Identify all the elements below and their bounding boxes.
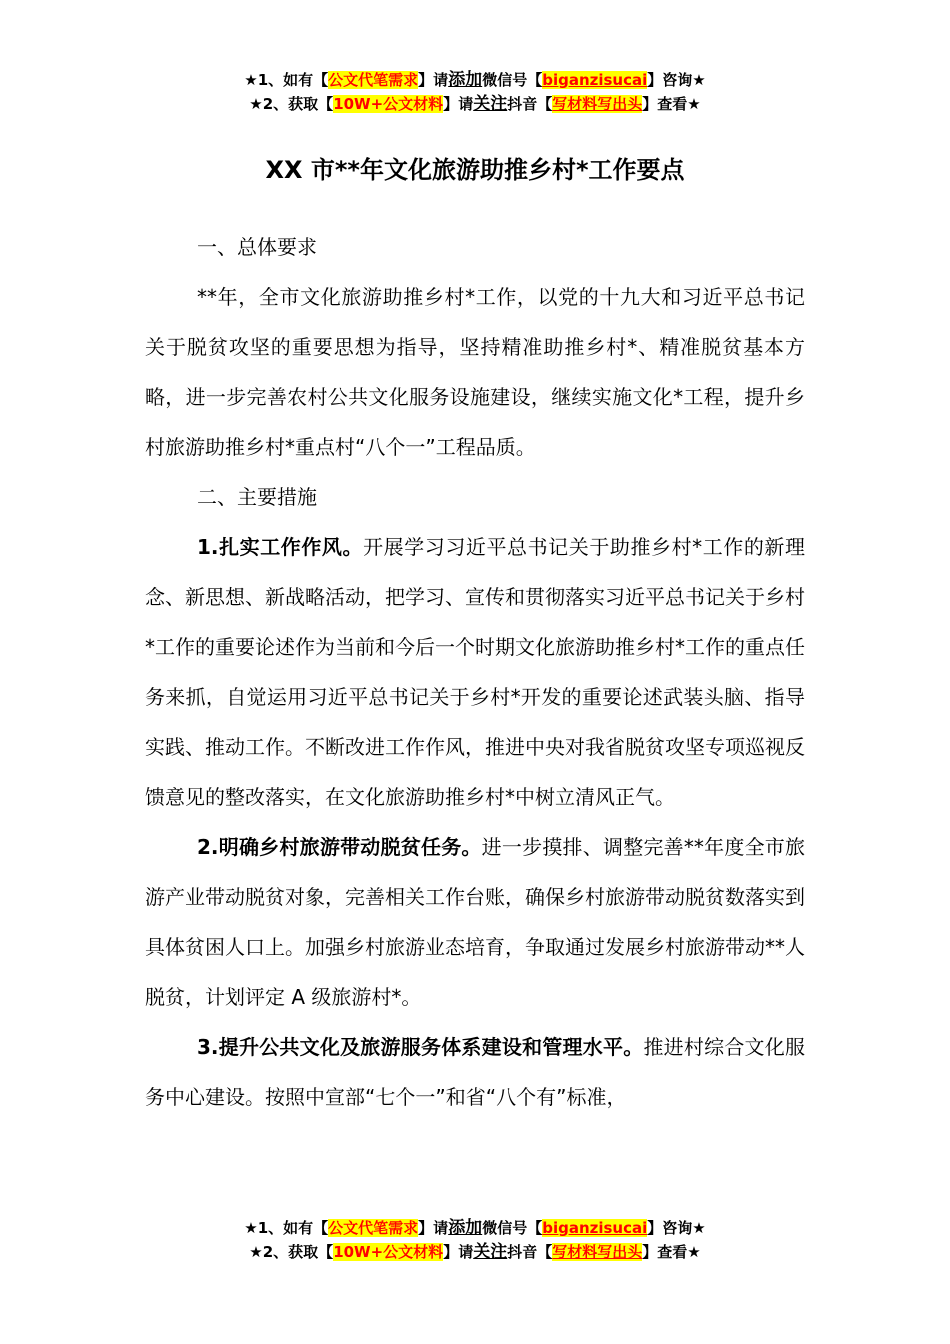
promo-highlight: 公文代笔需求: [328, 1219, 418, 1237]
promo-banner-top: ★1、如有【公文代笔需求】请添加微信号【biganzisucai】咨询★ ★2、…: [0, 68, 950, 116]
paragraph-lead: 1.扎实工作作风。: [197, 535, 363, 559]
promo-line-1: ★1、如有【公文代笔需求】请添加微信号【biganzisucai】咨询★: [0, 68, 950, 92]
section-heading: 二、主要措施: [145, 472, 805, 522]
promo-line-2: ★2、获取【10W+公文材料】请关注抖音【写材料写出头】查看★: [0, 1240, 950, 1264]
promo-line-2: ★2、获取【10W+公文材料】请关注抖音【写材料写出头】查看★: [0, 92, 950, 116]
document-body: 一、总体要求 **年，全市文化旅游助推乡村*工作，以党的十九大和习近平总书记关于…: [145, 222, 805, 1122]
section-heading: 一、总体要求: [145, 222, 805, 272]
promo-line-1: ★1、如有【公文代笔需求】请添加微信号【biganzisucai】咨询★: [0, 1216, 950, 1240]
wechat-id: biganzisucai: [542, 1219, 647, 1237]
promo-highlight: 公文代笔需求: [328, 71, 418, 89]
paragraph: **年，全市文化旅游助推乡村*工作，以党的十九大和习近平总书记关于脱贫攻坚的重要…: [145, 272, 805, 472]
paragraph: 3.提升公共文化及旅游服务体系建设和管理水平。推进村综合文化服务中心建设。按照中…: [145, 1022, 805, 1122]
document-title: XX 市**年文化旅游助推乡村*工作要点: [0, 152, 950, 188]
paragraph: 1.扎实工作作风。开展学习习近平总书记关于助推乡村*工作的新理念、新思想、新战略…: [145, 522, 805, 822]
wechat-id: biganzisucai: [542, 71, 647, 89]
paragraph-lead: 3.提升公共文化及旅游服务体系建设和管理水平。: [197, 1035, 643, 1059]
promo-highlight: 10W+公文材料: [333, 95, 443, 113]
promo-banner-bottom: ★1、如有【公文代笔需求】请添加微信号【biganzisucai】咨询★ ★2、…: [0, 1216, 950, 1264]
promo-highlight: 10W+公文材料: [333, 1243, 443, 1261]
douyin-id: 写材料写出头: [552, 95, 642, 113]
paragraph: 2.明确乡村旅游带动脱贫任务。进一步摸排、调整完善**年度全市旅游产业带动脱贫对…: [145, 822, 805, 1022]
paragraph-lead: 2.明确乡村旅游带动脱贫任务。: [197, 835, 482, 859]
douyin-id: 写材料写出头: [552, 1243, 642, 1261]
